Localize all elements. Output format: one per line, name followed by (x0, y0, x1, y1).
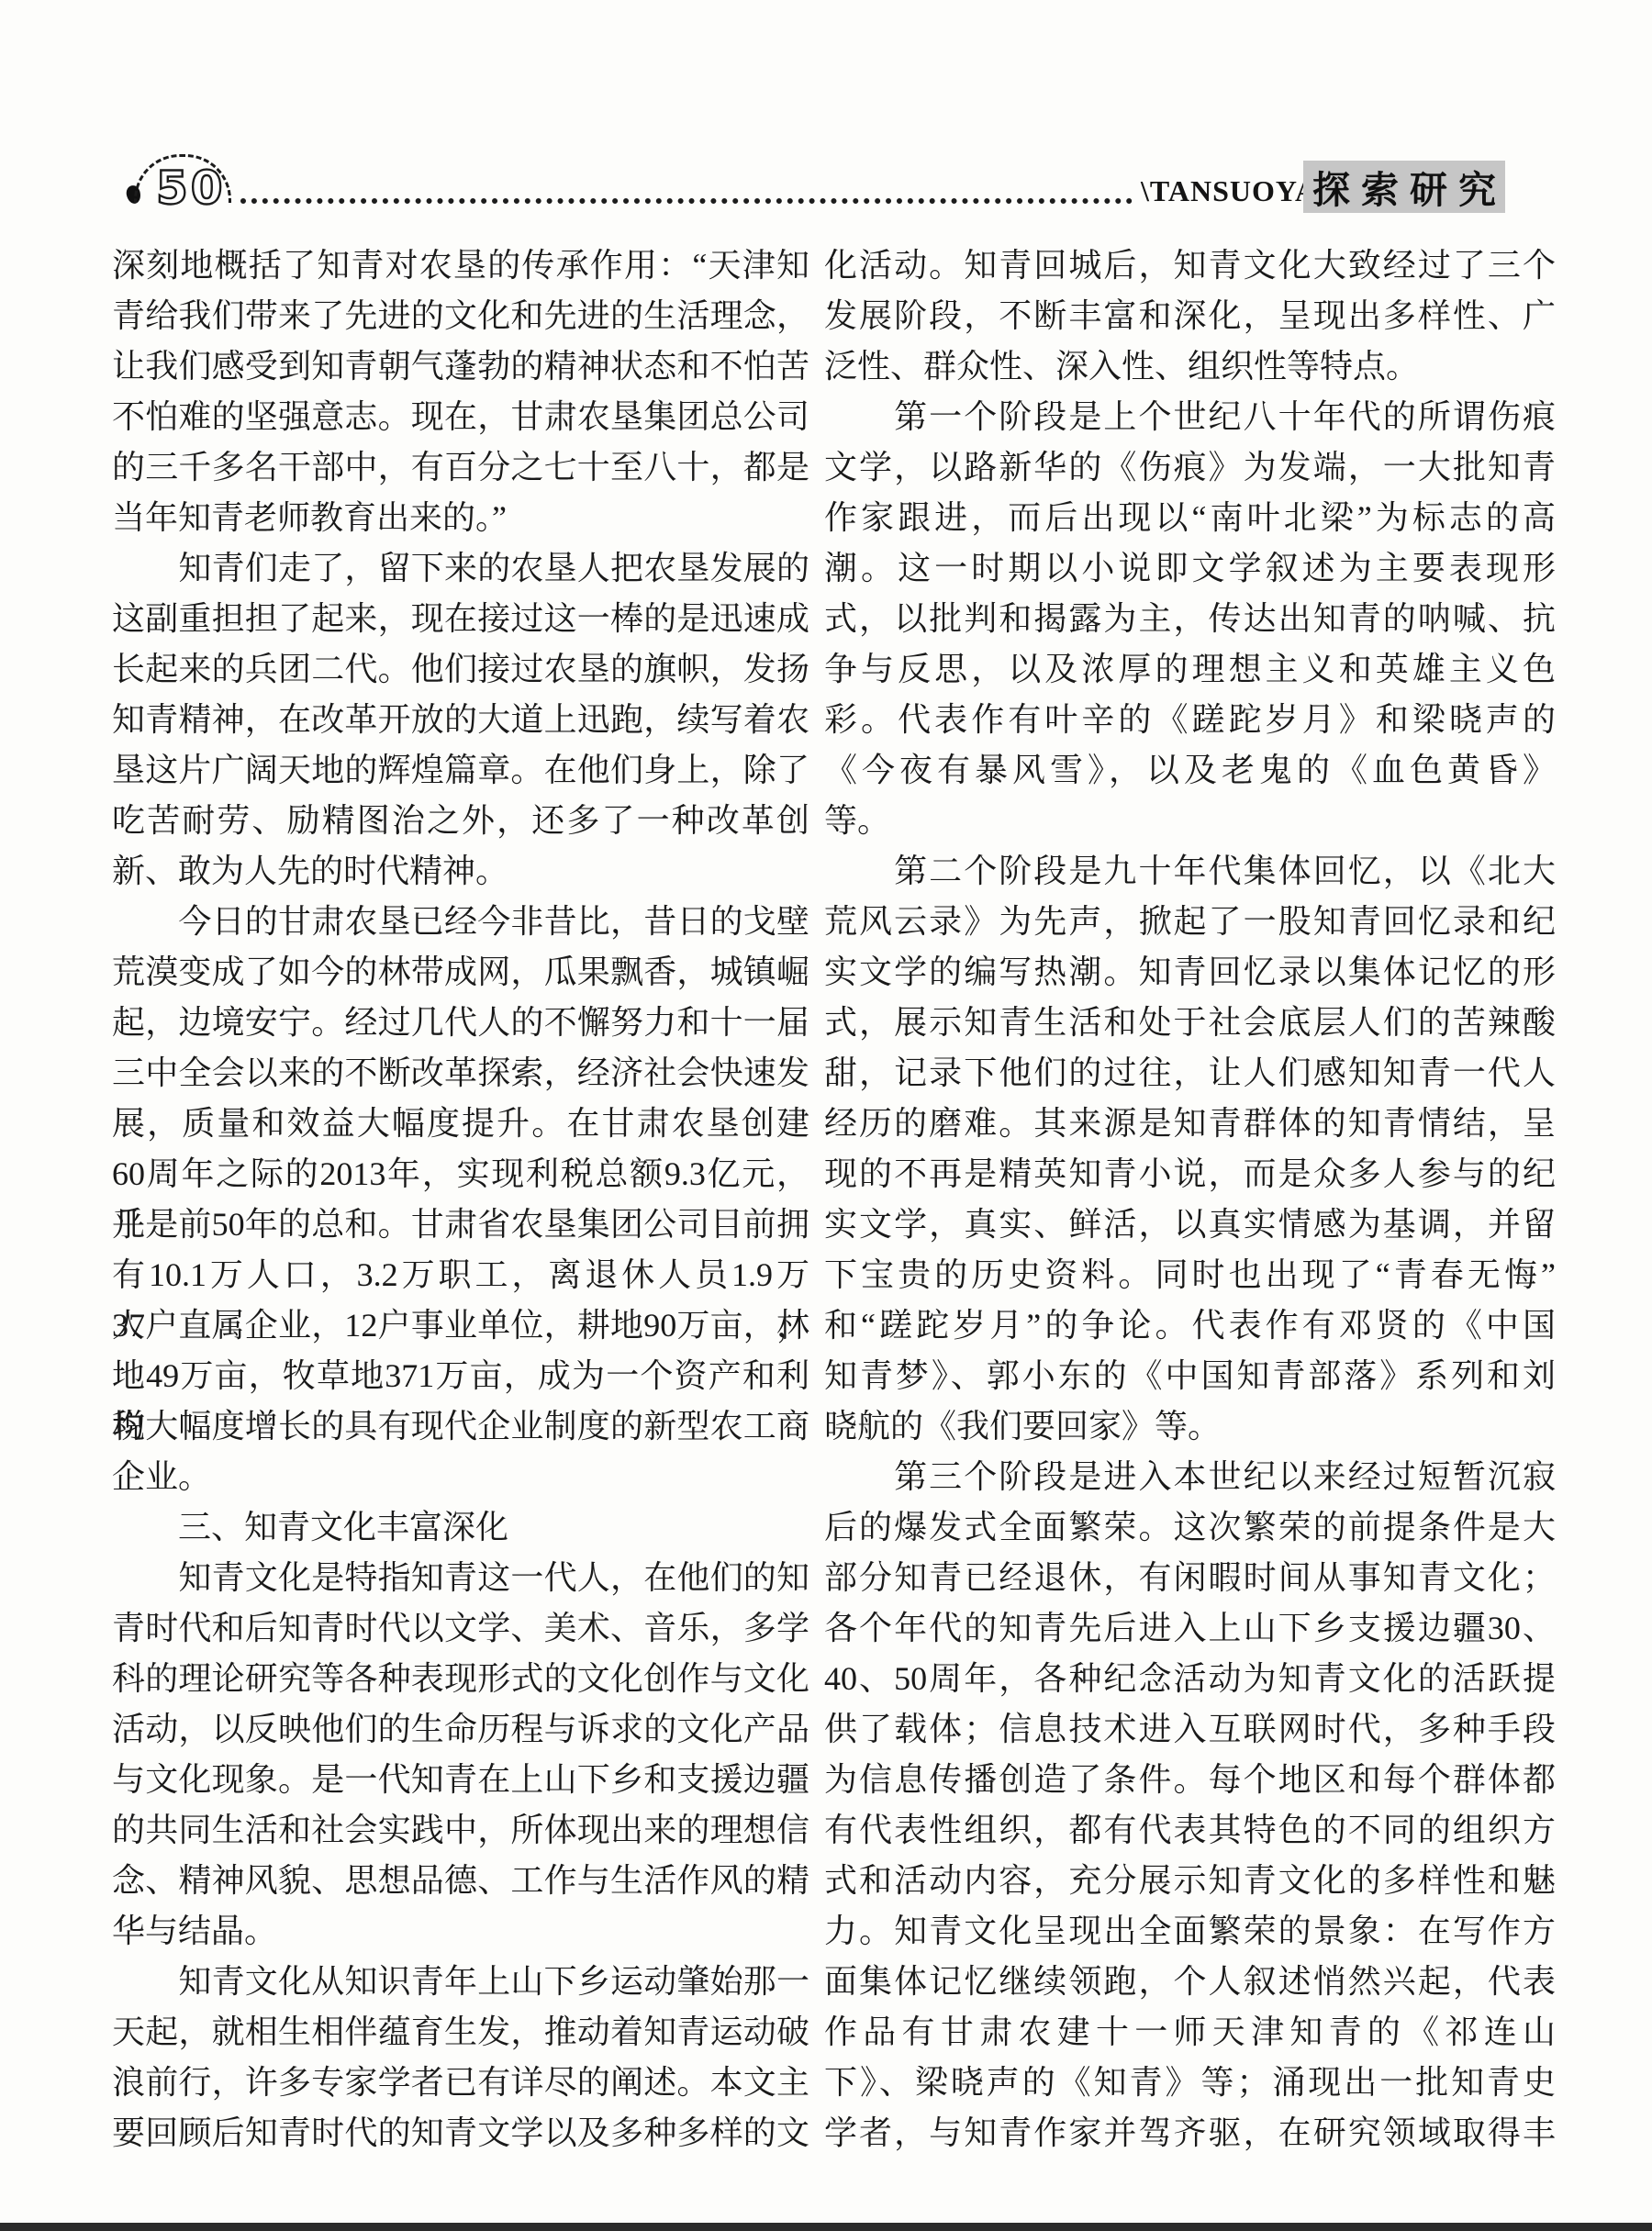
body-text-line: 现的不再是精英知青小说，而是众多人参与的纪 (824, 1149, 1556, 1199)
body-text-line: 60周年之际的2013年，实现利税总额9.3亿元，几 (112, 1149, 809, 1199)
body-text-line: 下》、梁晓声的《知青》等；涌现出一批知青史 (824, 2058, 1556, 2108)
body-text-line: 知青文化从知识青年上山下乡运动肇始那一 (112, 1957, 809, 2007)
article-body: 深刻地概括了知青对农垦的传承作用：“天津知青给我们带来了先进的文化和先进的生活理… (0, 0, 1652, 2231)
body-text-line: 新、敢为人先的时代精神。 (112, 846, 809, 897)
body-text-line: 青给我们带来了先进的文化和先进的生活理念， (112, 291, 809, 341)
body-text-line: 下宝贵的历史资料。同时也出现了“青春无悔” (824, 1250, 1556, 1300)
body-text-line: 浪前行，许多专家学者已有详尽的阐述。本文主 (112, 2058, 809, 2108)
body-text-line: 企业。 (112, 1452, 809, 1502)
body-text-line: 垦这片广阔天地的辉煌篇章。在他们身上，除了 (112, 745, 809, 796)
body-text-line: 作家跟进，而后出现以“南叶北梁”为标志的高 (824, 493, 1556, 543)
body-text-line: 为信息传播创造了条件。每个地区和每个群体都 (824, 1755, 1556, 1805)
body-text-line: 37户直属企业，12户事业单位，耕地90万亩，林 (112, 1300, 809, 1351)
body-text-line: 天起，就相生相伴蕴育生发，推动着知青运动破 (112, 2007, 809, 2058)
body-text-line: 化活动。知青回城后，知青文化大致经过了三个 (824, 240, 1556, 291)
body-text-line: 活动，以反映他们的生命历程与诉求的文化产品 (112, 1704, 809, 1755)
body-text-line: 知青精神，在改革开放的大道上迅跑，续写着农 (112, 695, 809, 745)
body-text-line: 乎是前50年的总和。甘肃省农垦集团公司目前拥 (112, 1199, 809, 1250)
body-text-line: 第二个阶段是九十年代集体回忆，以《北大 (824, 846, 1556, 897)
body-text-line: 作品有甘肃农建十一师天津知青的《祁连山 (824, 2007, 1556, 2058)
bottom-scan-bar (0, 2223, 1652, 2231)
body-text-line: 各个年代的知青先后进入上山下乡支援边疆30、 (824, 1603, 1556, 1654)
body-text-line: 长起来的兵团二代。他们接过农垦的旗帜，发扬 (112, 644, 809, 695)
body-text-line: 与文化现象。是一代知青在上山下乡和支援边疆 (112, 1755, 809, 1805)
body-text-line: 地49万亩，牧草地371万亩，成为一个资产和利税 (112, 1351, 809, 1401)
body-text-line: 均大幅度增长的具有现代企业制度的新型农工商 (112, 1401, 809, 1452)
body-text-line: 甜，记录下他们的过往，让人们感知知青一代人 (824, 1048, 1556, 1099)
body-text-line: 实文学的编写热潮。知青回忆录以集体记忆的形 (824, 947, 1556, 998)
body-text-line: 深刻地概括了知青对农垦的传承作用：“天津知 (112, 240, 809, 291)
body-text-line: 吃苦耐劳、励精图治之外，还多了一种改革创 (112, 796, 809, 846)
body-text-line: 荒漠变成了如今的林带成网，瓜果飘香，城镇崛 (112, 947, 809, 998)
body-text-line: 实文学，真实、鲜活，以真实情感为基调，并留 (824, 1199, 1556, 1250)
body-text-line: 这副重担担了起来，现在接过这一棒的是迅速成 (112, 594, 809, 644)
section-heading-line: 三、知青文化丰富深化 (112, 1502, 809, 1553)
body-text-line: 不怕难的坚强意志。现在，甘肃农垦集团总公司 (112, 392, 809, 442)
body-text-line: 潮。这一时期以小说即文学叙述为主要表现形 (824, 543, 1556, 594)
body-text-line: 科的理论研究等各种表现形式的文化创作与文化 (112, 1654, 809, 1704)
body-text-line: 和“蹉跎岁月”的争论。代表作有邓贤的《中国 (824, 1300, 1556, 1351)
body-text-line: 知青文化是特指知青这一代人，在他们的知 (112, 1553, 809, 1603)
body-text-line: 第一个阶段是上个世纪八十年代的所谓伤痕 (824, 392, 1556, 442)
body-text-line: 要回顾后知青时代的知青文学以及多种多样的文 (112, 2108, 809, 2158)
body-text-line: 三中全会以来的不断改革探索，经济社会快速发 (112, 1048, 809, 1099)
body-text-line: 经历的磨难。其来源是知青群体的知青情结，呈 (824, 1099, 1556, 1149)
body-text-line: 的共同生活和社会实践中，所体现出来的理想信 (112, 1805, 809, 1856)
body-text-line: 后的爆发式全面繁荣。这次繁荣的前提条件是大 (824, 1502, 1556, 1553)
body-text-line: 起，边境安宁。经过几代人的不懈努力和十一届 (112, 998, 809, 1048)
body-text-line: 有代表性组织，都有代表其特色的不同的组织方 (824, 1805, 1556, 1856)
body-text-line: 青时代和后知青时代以文学、美术、音乐，多学 (112, 1603, 809, 1654)
right-column: 化活动。知青回城后，知青文化大致经过了三个发展阶段，不断丰富和深化，呈现出多样性… (824, 240, 1556, 2158)
body-text-line: 文学，以路新华的《伤痕》为发端，一大批知青 (824, 442, 1556, 493)
body-text-line: 发展阶段，不断丰富和深化，呈现出多样性、广 (824, 291, 1556, 341)
body-text-line: 华与结晶。 (112, 1906, 809, 1957)
body-text-line: 知青梦》、郭小东的《中国知青部落》系列和刘 (824, 1351, 1556, 1401)
body-text-line: 当年知青老师教育出来的。” (112, 493, 809, 543)
body-text-line: 式，以批判和揭露为主，传达出知青的呐喊、抗 (824, 594, 1556, 644)
body-text-line: 的三千多名干部中，有百分之七十至八十，都是 (112, 442, 809, 493)
left-column: 深刻地概括了知青对农垦的传承作用：“天津知青给我们带来了先进的文化和先进的生活理… (112, 240, 809, 2158)
body-text-line: 《今夜有暴风雪》，以及老鬼的《血色黄昏》 (824, 745, 1556, 796)
body-text-line: 让我们感受到知青朝气蓬勃的精神状态和不怕苦 (112, 341, 809, 392)
body-text-line: 晓航的《我们要回家》等。 (824, 1401, 1556, 1452)
body-text-line: 学者，与知青作家并驾齐驱，在研究领域取得丰 (824, 2108, 1556, 2158)
body-text-line: 面集体记忆继续领跑，个人叙述悄然兴起，代表 (824, 1957, 1556, 2007)
body-text-line: 知青们走了，留下来的农垦人把农垦发展的 (112, 543, 809, 594)
body-text-line: 念、精神风貌、思想品德、工作与生活作风的精 (112, 1856, 809, 1906)
body-text-line: 彩。代表作有叶辛的《蹉跎岁月》和梁晓声的 (824, 695, 1556, 745)
body-text-line: 供了载体；信息技术进入互联网时代，多种手段 (824, 1704, 1556, 1755)
body-text-line: 力。知青文化呈现出全面繁荣的景象：在写作方 (824, 1906, 1556, 1957)
body-text-line: 式和活动内容，充分展示知青文化的多样性和魅 (824, 1856, 1556, 1906)
body-text-line: 泛性、群众性、深入性、组织性等特点。 (824, 341, 1556, 392)
body-text-line: 等。 (824, 796, 1556, 846)
body-text-line: 有10.1万人口，3.2万职工，离退休人员1.9万人， (112, 1250, 809, 1300)
body-text-line: 今日的甘肃农垦已经今非昔比，昔日的戈壁 (112, 897, 809, 947)
body-text-line: 40、50周年，各种纪念活动为知青文化的活跃提 (824, 1654, 1556, 1704)
body-text-line: 部分知青已经退休，有闲暇时间从事知青文化； (824, 1553, 1556, 1603)
body-text-line: 式，展示知青生活和处于社会底层人们的苦辣酸 (824, 998, 1556, 1048)
body-text-line: 争与反思，以及浓厚的理想主义和英雄主义色 (824, 644, 1556, 695)
magazine-page: 50 \TANSUOYANJIU 探索研究 深刻地概括了知青对农垦的传承作用：“… (0, 0, 1652, 2231)
body-text-line: 荒风云录》为先声，掀起了一股知青回忆录和纪 (824, 897, 1556, 947)
body-text-line: 第三个阶段是进入本世纪以来经过短暂沉寂 (824, 1452, 1556, 1502)
body-text-line: 展，质量和效益大幅度提升。在甘肃农垦创建 (112, 1099, 809, 1149)
